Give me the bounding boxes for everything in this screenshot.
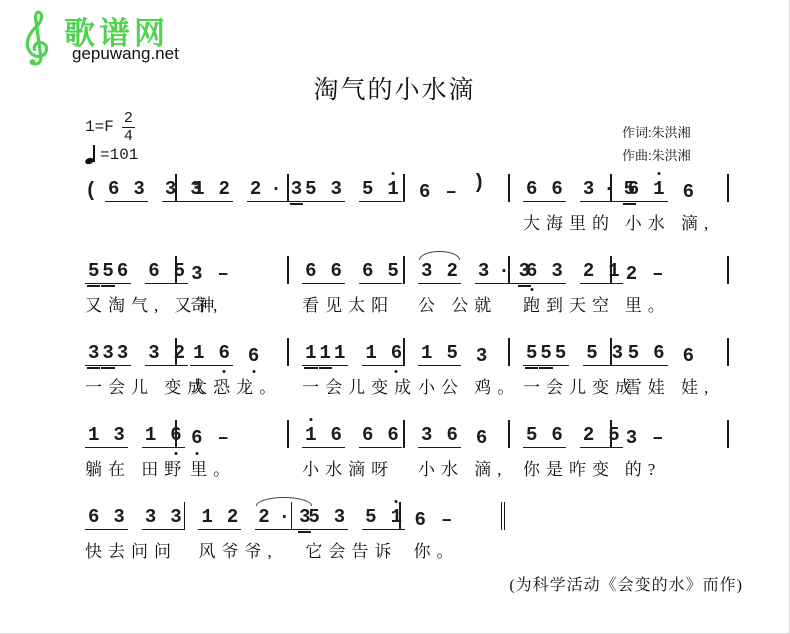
beam-group: 555	[523, 343, 569, 366]
note: 6	[386, 425, 399, 445]
lyric-row: 里。	[612, 291, 729, 316]
measure: 616小水 滴,	[612, 172, 729, 234]
beam-group: 63	[85, 507, 128, 530]
augmentation-dot: ·	[270, 179, 281, 199]
note: 2	[582, 425, 595, 445]
note: 5	[361, 179, 374, 199]
beam-group: 65	[359, 261, 402, 284]
note: 3	[112, 507, 125, 527]
note: 6	[361, 425, 374, 445]
measure: 6333快去问问	[85, 500, 185, 562]
lyric-row: 小水 滴,	[405, 455, 510, 480]
note: 3	[475, 346, 488, 366]
notes-row: 6665	[289, 254, 405, 284]
second-beam-line	[304, 367, 317, 369]
octave-dot-high	[309, 418, 312, 421]
lyric-row: 里。	[177, 455, 289, 480]
lyric-row: 大海里的	[510, 209, 612, 234]
note-digit: 1	[201, 506, 212, 528]
note-digit: 3	[170, 506, 181, 528]
augmentation-dot: ·	[498, 261, 509, 281]
note-digit: 6	[526, 178, 537, 200]
note: 6	[550, 425, 563, 445]
note-digit: 5	[88, 260, 99, 282]
note-digit: 2	[626, 263, 637, 285]
note: 5	[87, 261, 100, 281]
site-domain: gepuwang.net	[72, 44, 179, 64]
octave-dot-low	[395, 370, 398, 373]
notes-row: 6321	[510, 254, 612, 284]
measure: 6–里。	[177, 418, 289, 480]
note-digit: 6	[331, 260, 342, 282]
beam-group: 61	[625, 179, 668, 202]
lyric-row: 小水 滴,	[612, 209, 729, 234]
note-digit: 3	[478, 260, 489, 282]
note-digit: 2	[250, 178, 261, 200]
time-signature-bottom: 4	[124, 128, 133, 144]
note-digit: 1	[193, 342, 204, 364]
beam-group: 63	[523, 261, 566, 284]
note-digit: 1	[334, 342, 345, 364]
sheet-music-page: 歌谱网 gepuwang.net 淘气的小水滴 1=F 2 4 =101 作词:…	[0, 0, 790, 634]
note-digit: 3	[626, 427, 637, 449]
notes-row: 11116	[289, 336, 405, 366]
treble-clef-icon	[14, 8, 58, 68]
quarter-note-icon	[85, 145, 98, 165]
note-digit: 5	[540, 342, 551, 364]
octave-dot-high	[392, 172, 395, 175]
note-digit: 3	[113, 506, 124, 528]
note-digit: 3	[145, 506, 156, 528]
note: 6	[116, 261, 129, 281]
lyric-row: 大恐龙。	[177, 373, 289, 398]
note-digit: 6	[628, 178, 639, 200]
notes-row: 33332	[85, 336, 177, 366]
measure: 5625你是咋变	[510, 418, 612, 480]
beam-group: 53	[305, 507, 348, 530]
measure: 5351	[289, 172, 405, 209]
note: 6	[418, 182, 431, 202]
measure: (6333	[85, 172, 177, 209]
dedication-note: (为科学活动《会变的水》而作)	[509, 572, 743, 595]
octave-dot-low	[252, 370, 255, 373]
measure: 5351它会告诉	[292, 500, 400, 562]
measure: 33332一会儿 变成	[85, 336, 177, 398]
note: 3	[333, 507, 346, 527]
beam-group: 16	[302, 425, 345, 448]
note-digit: 6	[362, 260, 373, 282]
note-digit: 6	[551, 178, 562, 200]
note-digit: 5	[628, 342, 639, 364]
note: 1	[652, 179, 665, 199]
measure: 366小水 滴,	[405, 418, 510, 480]
measure: 566雪娃 娃,	[612, 336, 729, 398]
note-digit: 6	[387, 424, 398, 446]
note-digit: 1	[320, 342, 331, 364]
beam-group: 111	[302, 343, 348, 366]
note-digit: 5	[362, 178, 373, 200]
lyric-row: 风爷爷,	[185, 537, 292, 562]
measure: 6–你。	[401, 500, 505, 562]
note: 6	[682, 182, 695, 202]
lyric-row: 你是咋变	[510, 455, 612, 480]
lyric-row: 一会儿 变成	[85, 373, 177, 398]
note: 6	[475, 428, 488, 448]
measure: 323·3公 公就	[405, 254, 510, 316]
tempo-row: =101	[85, 144, 138, 166]
note: 5	[539, 343, 552, 363]
note: 6	[525, 261, 538, 281]
notes-row: 55665	[85, 254, 177, 284]
lyric-row: 公 公就	[405, 291, 510, 316]
note-digit: 6	[476, 427, 487, 449]
notes-row: 2–	[612, 254, 729, 284]
note-digit: 3	[102, 342, 113, 364]
note-digit: 5	[555, 342, 566, 364]
note: 3	[625, 428, 638, 448]
note-digit: 1	[387, 178, 398, 200]
note-digit: 2	[446, 260, 457, 282]
lyric-row: 一会儿变成	[510, 373, 612, 398]
measure: 6665看见太阳	[289, 254, 405, 316]
note: 3	[87, 343, 100, 363]
note-digit: 6	[305, 260, 316, 282]
duration-dash: –	[445, 182, 456, 202]
key-signature: 1=F	[85, 118, 114, 136]
note: 2	[249, 179, 262, 199]
note-digit: 3	[88, 342, 99, 364]
beam-group: 32	[418, 261, 461, 284]
duration-dash: –	[217, 264, 228, 284]
note: 6	[652, 343, 665, 363]
duration-dash: –	[652, 264, 663, 284]
notes-row: 6–	[177, 418, 289, 448]
octave-dot-low	[195, 452, 198, 455]
site-logo[interactable]: 歌谱网 gepuwang.net	[12, 6, 212, 68]
parenthesis: (	[85, 182, 97, 202]
note-digit: 1	[421, 342, 432, 364]
note: 3	[147, 343, 160, 363]
note: 5	[386, 261, 399, 281]
note-digit: 6	[391, 342, 402, 364]
notes-row: 5625	[510, 418, 612, 448]
score-line: (6333122·353516–)663·5大海里的616小水 滴,	[85, 172, 729, 254]
note-digit: 3	[148, 342, 159, 364]
beam-group: 63	[105, 179, 148, 202]
measure: 3–奇,	[177, 254, 289, 316]
note: 2	[217, 179, 230, 199]
note-digit: 1	[305, 424, 316, 446]
note: 6	[330, 425, 343, 445]
lyric-row: 它会告诉	[292, 537, 400, 562]
note-digit: 5	[308, 506, 319, 528]
note-digit: 1	[305, 342, 316, 364]
measure: 1316躺在 田野	[85, 418, 177, 480]
beam-group: 16	[190, 343, 233, 366]
note: 1	[333, 343, 346, 363]
note: 5	[525, 343, 538, 363]
notes-row: 3–	[612, 418, 729, 448]
notes-row: 663·5	[510, 172, 612, 202]
measure: 2–里。	[612, 254, 729, 316]
measure: 6321跑到天空	[510, 254, 612, 316]
lyric-row: 躺在 田野	[85, 455, 177, 480]
note: 3	[101, 343, 114, 363]
lyric-row: 你。	[401, 537, 505, 562]
duration-dash: –	[652, 428, 663, 448]
note-digit: 3	[113, 424, 124, 446]
note-digit: 5	[526, 424, 537, 446]
lyric-row: 雪娃 娃,	[612, 373, 729, 398]
note: 6	[445, 425, 458, 445]
composer-credit: 作曲:朱洪湘	[622, 145, 691, 168]
second-beam-line	[87, 285, 100, 287]
note-digit: 6	[117, 260, 128, 282]
score-line: 33332一会儿 变成166大恐龙。11116一会儿变成153小公 鸡。5555…	[85, 336, 729, 418]
note-digit: 3	[191, 263, 202, 285]
note: 3	[550, 261, 563, 281]
note: 6	[107, 179, 120, 199]
note-digit: 5	[526, 342, 537, 364]
lyric-row: 跑到天空	[510, 291, 612, 316]
notes-row: 55553	[510, 336, 612, 366]
time-signature: 2 4	[122, 111, 135, 144]
note: 6	[330, 261, 343, 281]
note: 5	[364, 507, 377, 527]
note: 1	[87, 425, 100, 445]
note: 5	[585, 343, 598, 363]
beam-group: 51	[359, 179, 402, 202]
note-digit: 6	[108, 178, 119, 200]
note-digit: 3	[476, 345, 487, 367]
note: 2	[625, 264, 638, 284]
note-digit: 5	[365, 506, 376, 528]
note: 1	[304, 425, 317, 445]
measure: 6–)	[405, 172, 510, 209]
duration-dash: –	[217, 428, 228, 448]
score-line: 1316躺在 田野6–里。1666小水滴呀366小水 滴,5625你是咋变3–的…	[85, 418, 729, 500]
note-digit: 3	[165, 178, 176, 200]
note: 3	[330, 179, 343, 199]
second-beam-line	[87, 367, 100, 369]
beam-group: 15	[418, 343, 461, 366]
note-digit: 6	[88, 506, 99, 528]
note: 1	[319, 343, 332, 363]
note: 6	[361, 261, 374, 281]
note: 3	[420, 261, 433, 281]
octave-dot-high	[657, 172, 660, 175]
notes-row: 5351	[289, 172, 405, 202]
notes-row: 6–)	[405, 172, 510, 202]
note: 6	[147, 261, 160, 281]
notes-row: 1666	[289, 418, 405, 448]
lyric-row: 小水滴呀	[289, 455, 405, 480]
note-digit: 6	[446, 424, 457, 446]
note-digit: 3	[421, 260, 432, 282]
second-beam-line	[539, 367, 552, 369]
lyric-row: 的?	[612, 455, 729, 480]
note: 3	[164, 179, 177, 199]
notes-row: (6333	[85, 172, 177, 202]
score-line: 55665又淘气, 又神3–奇,6665看见太阳323·3公 公就6321跑到天…	[85, 254, 729, 336]
note-digit: 6	[419, 181, 430, 203]
note: 5	[304, 179, 317, 199]
note-digit: 3	[331, 178, 342, 200]
note-digit: 1	[653, 178, 664, 200]
beam-group: 12	[198, 507, 241, 530]
second-beam-line	[319, 367, 332, 369]
note-digit: 6	[551, 424, 562, 446]
lyricist-credit: 作词:朱洪湘	[622, 122, 691, 145]
lyric-row: 又淘气, 又神	[85, 291, 177, 316]
measure: 55553一会儿变成	[510, 336, 612, 398]
note: 5	[101, 261, 114, 281]
beam-group: 51	[362, 507, 405, 530]
second-beam-line	[101, 285, 114, 287]
note-digit: 6	[683, 181, 694, 203]
note: 6	[190, 428, 203, 448]
note-digit: 3	[133, 178, 144, 200]
lyric-row: 奇,	[177, 291, 289, 316]
notes-row: 616	[612, 172, 729, 202]
note: 1	[192, 343, 205, 363]
note: 6	[550, 179, 563, 199]
time-signature-top: 2	[122, 111, 135, 128]
measure: 11116一会儿变成	[289, 336, 405, 398]
note-digit: 3	[334, 506, 345, 528]
note: 6	[247, 346, 260, 366]
note-digit: 6	[248, 345, 259, 367]
measure: 3–的?	[612, 418, 729, 480]
note: 5	[554, 343, 567, 363]
note-digit: 2	[583, 424, 594, 446]
note: 2	[257, 507, 270, 527]
augmentation-dot: ·	[279, 507, 290, 527]
note-digit: 5	[305, 178, 316, 200]
note-digit: 3	[551, 260, 562, 282]
note-digit: 6	[331, 424, 342, 446]
tempo-value: =101	[100, 146, 138, 164]
measure: 122·3风爷爷,	[185, 500, 292, 562]
song-title: 淘气的小水滴	[0, 70, 789, 106]
note-digit: 6	[683, 345, 694, 367]
beam-group: 56	[523, 425, 566, 448]
notes-row: 6–	[401, 500, 505, 530]
second-beam-line	[101, 367, 114, 369]
note: 6	[682, 346, 695, 366]
lyric-row: 一会儿变成	[289, 373, 405, 398]
measure: 55665又淘气, 又神	[85, 254, 177, 316]
note: 5	[307, 507, 320, 527]
note-digit: 2	[583, 260, 594, 282]
beam-group: 13	[85, 425, 128, 448]
note-digit: 6	[362, 424, 373, 446]
notes-row: 5351	[292, 500, 400, 530]
note-digit: 6	[415, 509, 426, 531]
note-digit: 1	[365, 342, 376, 364]
duration-dash: –	[441, 510, 452, 530]
note: 3	[477, 261, 490, 281]
note-digit: 3	[583, 178, 594, 200]
notes-row: 153	[405, 336, 510, 366]
note: 1	[144, 425, 157, 445]
beam-group: 16	[362, 343, 405, 366]
second-beam-line	[525, 367, 538, 369]
octave-dot-low	[223, 370, 226, 373]
notes-row: 3–	[177, 254, 289, 284]
beam-group: 66	[302, 261, 345, 284]
lyric-row: 看见太阳	[289, 291, 405, 316]
note: 2	[582, 261, 595, 281]
notes-row: 166	[177, 336, 289, 366]
beam-group: 66	[523, 179, 566, 202]
note-digit: 2	[258, 506, 269, 528]
measure: 153小公 鸡。	[405, 336, 510, 398]
note-digit: 2	[227, 506, 238, 528]
note-digit: 1	[193, 178, 204, 200]
note: 5	[525, 425, 538, 445]
note-digit: 5	[387, 260, 398, 282]
beam-group: 36	[418, 425, 461, 448]
note: 1	[420, 343, 433, 363]
note: 3	[582, 179, 595, 199]
note: 2	[445, 261, 458, 281]
beam-group: 556	[85, 261, 131, 284]
note-digit: 6	[191, 427, 202, 449]
beam-group: 33	[142, 507, 185, 530]
lyric-row: 小公 鸡。	[405, 373, 510, 398]
score: (6333122·353516–)663·5大海里的616小水 滴,55665又…	[85, 172, 729, 582]
note: 1	[386, 179, 399, 199]
note: 3	[144, 507, 157, 527]
notes-row: 6333	[85, 500, 185, 530]
measure: 122·3	[177, 172, 289, 209]
octave-dot-high	[395, 500, 398, 503]
notes-row: 323·3	[405, 254, 510, 284]
beam-group: 333	[85, 343, 131, 366]
notes-row: 122·3	[185, 500, 292, 530]
beam-group: 53	[302, 179, 345, 202]
note: 2	[226, 507, 239, 527]
note: 3	[420, 425, 433, 445]
note: 3	[169, 507, 182, 527]
note: 3	[116, 343, 129, 363]
note: 6	[217, 343, 230, 363]
notes-row: 366	[405, 418, 510, 448]
note-digit: 3	[117, 342, 128, 364]
note: 6	[627, 179, 640, 199]
notes-row: 1316	[85, 418, 177, 448]
note-digit: 2	[218, 178, 229, 200]
note-digit: 5	[446, 342, 457, 364]
note-digit: 5	[586, 342, 597, 364]
note: 3	[132, 179, 145, 199]
note: 1	[304, 343, 317, 363]
measure: 1666小水滴呀	[289, 418, 405, 480]
notes-row: 566	[612, 336, 729, 366]
score-line: 6333快去问问122·3风爷爷,5351它会告诉6–你。	[85, 500, 729, 582]
note: 6	[414, 510, 427, 530]
note: 1	[200, 507, 213, 527]
note-digit: 6	[526, 260, 537, 282]
note: 6	[304, 261, 317, 281]
octave-dot-low	[530, 288, 533, 291]
note: 6	[390, 343, 403, 363]
note: 3	[112, 425, 125, 445]
credits-block: 作词:朱洪湘 作曲:朱洪湘	[622, 122, 691, 168]
notes-row: 122·3	[177, 172, 289, 202]
lyric-row: 快去问问	[85, 537, 185, 562]
